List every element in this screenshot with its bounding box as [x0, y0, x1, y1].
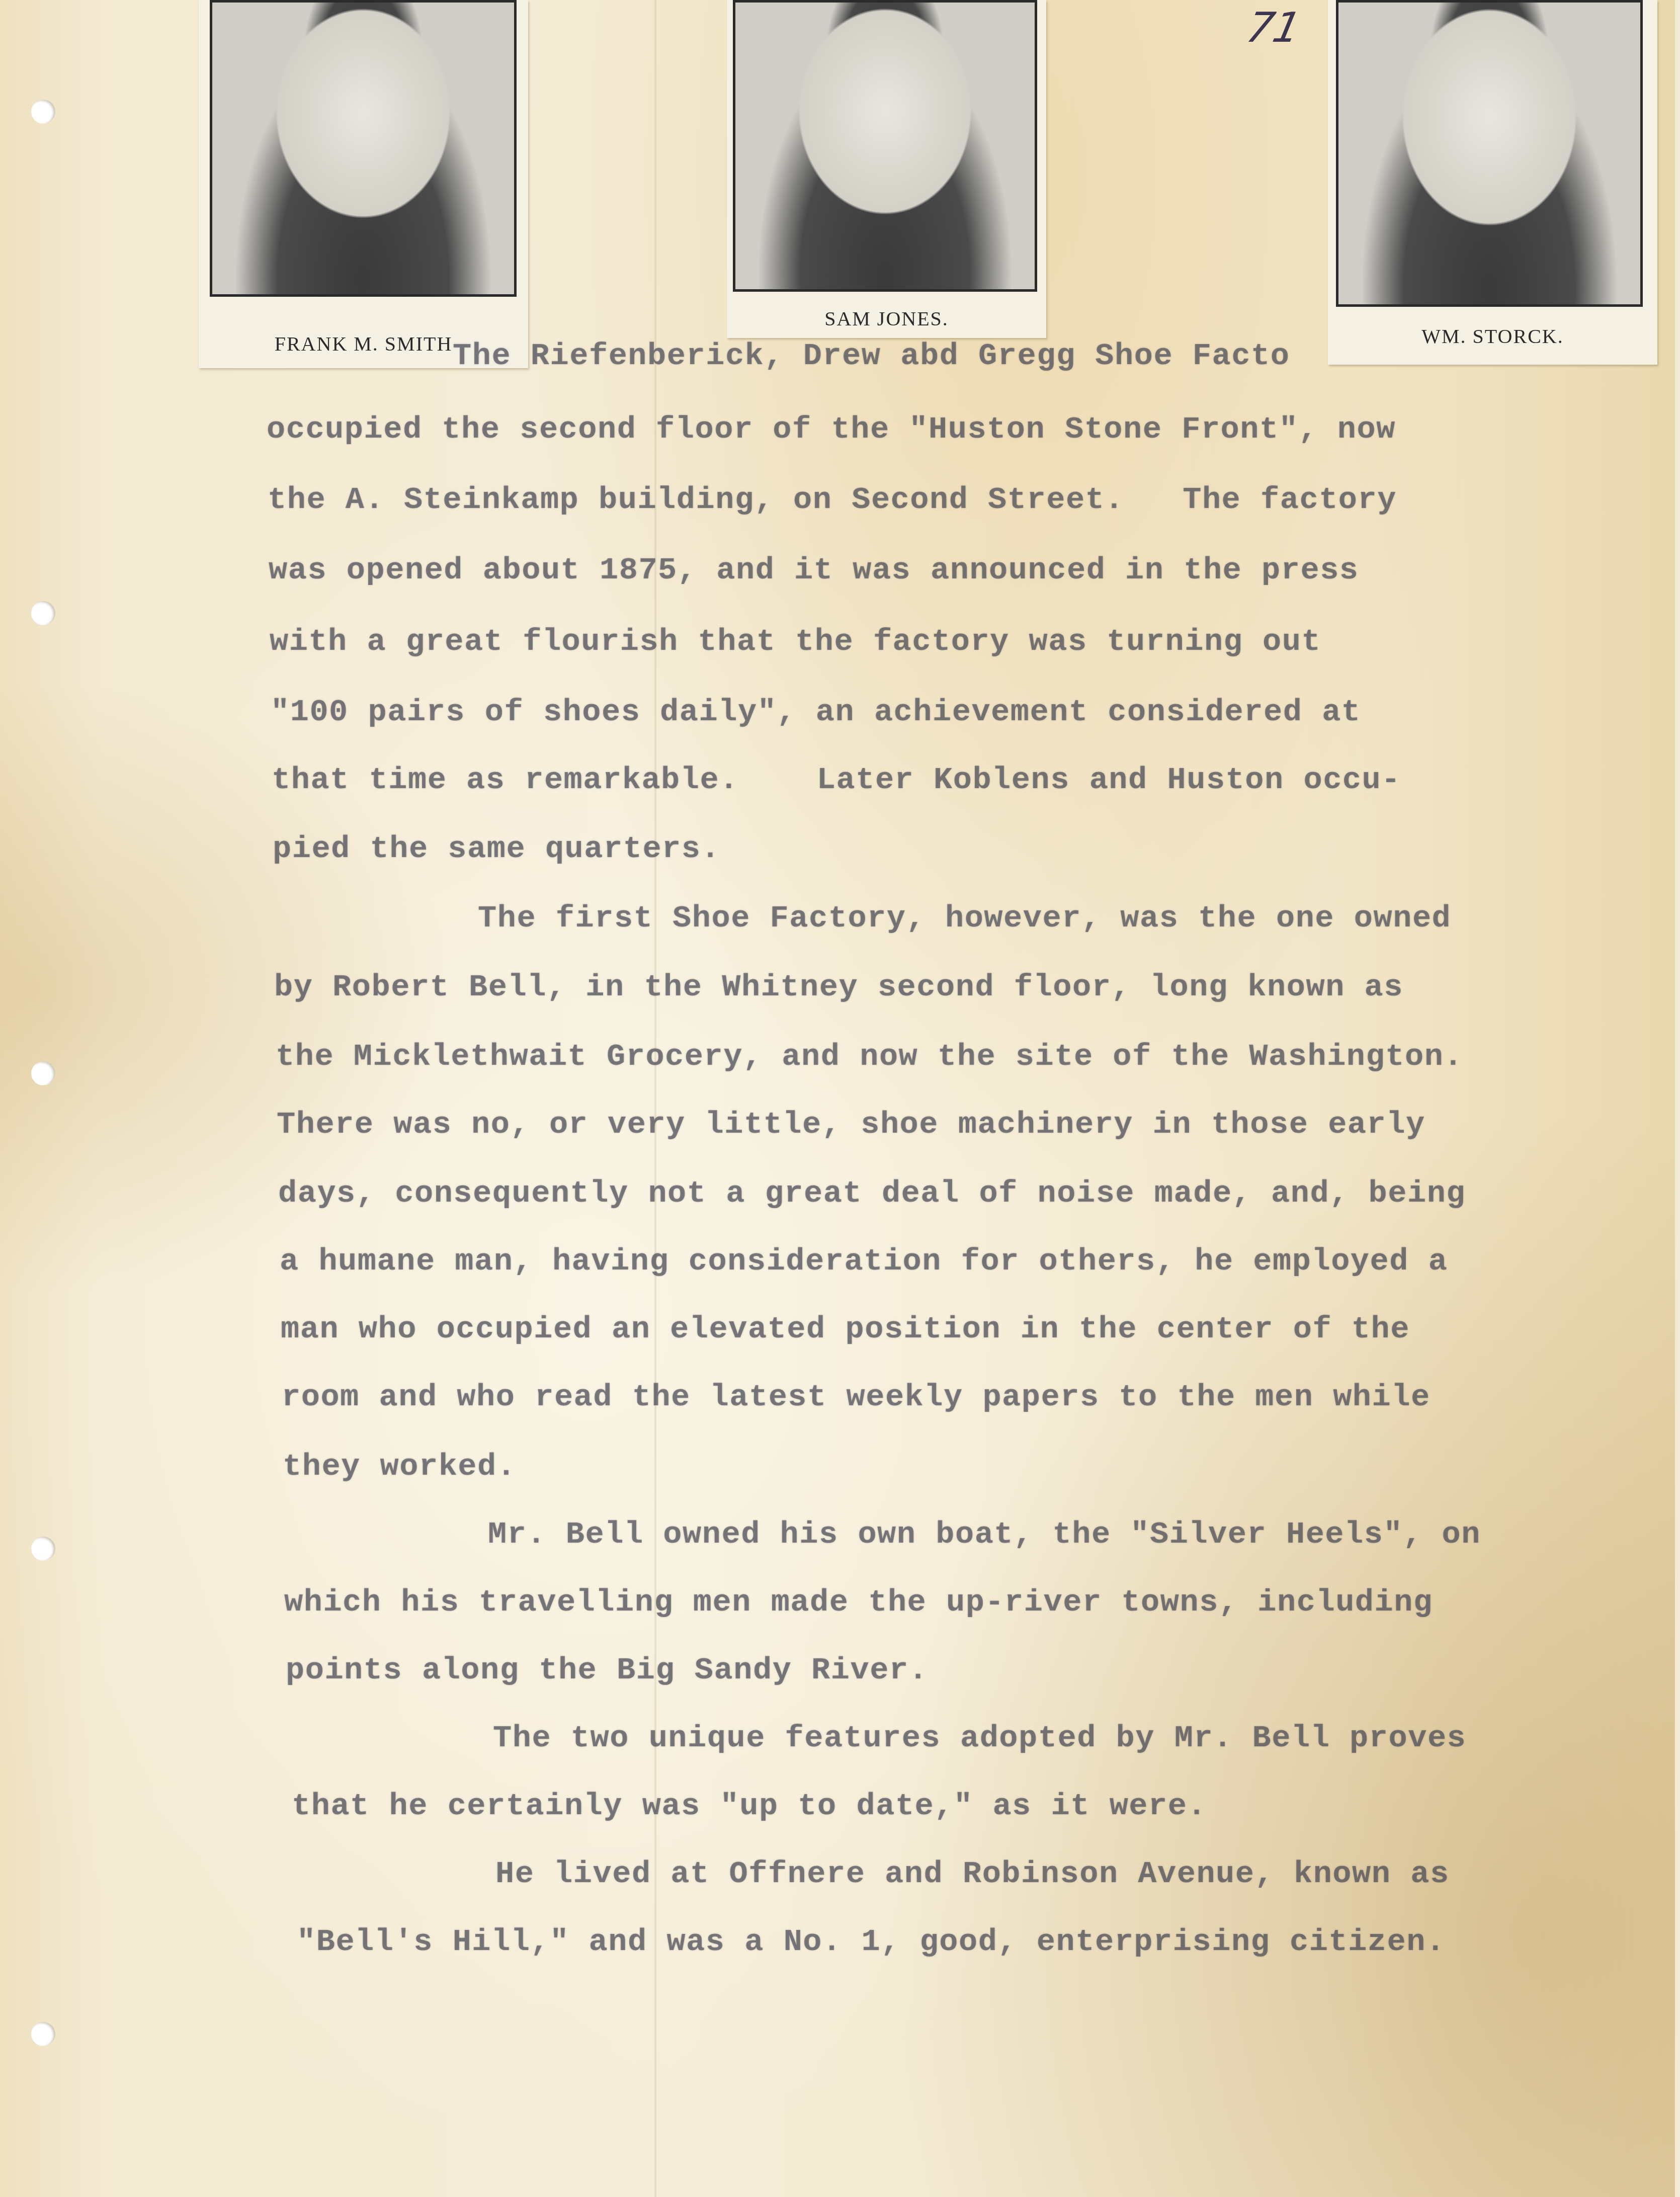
text-line: The two unique features adopted by Mr. B…: [493, 1720, 1466, 1756]
text-line: occupied the second floor of the "Huston…: [267, 411, 1396, 447]
text-line: room and who read the latest weekly pape…: [282, 1379, 1431, 1415]
portrait-clipping-sam-jones: SAM JONES.: [727, 0, 1046, 338]
text-line: points along the Big Sandy River.: [286, 1652, 928, 1688]
text-line: "100 pairs of shoes daily", an achieveme…: [271, 694, 1361, 730]
portrait-photo: [1336, 0, 1643, 307]
text-line: was opened about 1875, and it was announ…: [269, 552, 1359, 588]
text-line: the Micklethwait Grocery, and now the si…: [276, 1039, 1463, 1074]
text-line: days, consequently not a great deal of n…: [278, 1175, 1466, 1211]
portrait-photo: [733, 0, 1037, 292]
text-line: they worked.: [283, 1449, 516, 1484]
text-line: which his travelling men made the up-riv…: [284, 1584, 1433, 1620]
portrait-caption: SAM JONES.: [727, 307, 1046, 330]
text-line: He lived at Offnere and Robinson Avenue,…: [495, 1856, 1450, 1892]
text-line: the A. Steinkamp building, on Second Str…: [268, 482, 1397, 518]
binder-hole: [31, 2022, 55, 2046]
text-line: with a great flourish that the factory w…: [270, 624, 1321, 659]
binder-hole: [31, 1061, 55, 1085]
text-line: There was no, or very little, shoe machi…: [277, 1107, 1425, 1142]
text-line: "Bell's Hill," and was a No. 1, good, en…: [297, 1924, 1446, 1960]
binder-hole: [31, 601, 55, 625]
text-line: pied the same quarters.: [273, 831, 720, 867]
text-line: Mr. Bell owned his own boat, the "Silver…: [488, 1516, 1481, 1552]
text-line: a humane man, having consideration for o…: [280, 1243, 1448, 1279]
text-line: The Riefenberick, Drew abd Gregg Shoe Fa…: [453, 338, 1290, 374]
document-page: 71 FRANK M. SMITH SAM JONES. WM. STORCK.…: [0, 0, 1675, 2197]
portrait-clipping-frank-m-smith: FRANK M. SMITH: [199, 0, 528, 368]
binder-hole: [31, 100, 55, 124]
text-line: that he certainly was "up to date," as i…: [292, 1788, 1207, 1824]
portrait-caption: WM. STORCK.: [1328, 324, 1657, 348]
text-line: by Robert Bell, in the Whitney second fl…: [274, 969, 1403, 1005]
portrait-photo: [210, 0, 517, 297]
portrait-clipping-wm-storck: WM. STORCK.: [1328, 0, 1657, 365]
binder-hole: [31, 1537, 55, 1561]
text-line: The first Shoe Factory, however, was the…: [478, 900, 1451, 936]
text-line: that time as remarkable. Later Koblens a…: [272, 762, 1401, 798]
page-number: 71: [1242, 4, 1305, 52]
text-line: man who occupied an elevated position in…: [281, 1311, 1410, 1347]
